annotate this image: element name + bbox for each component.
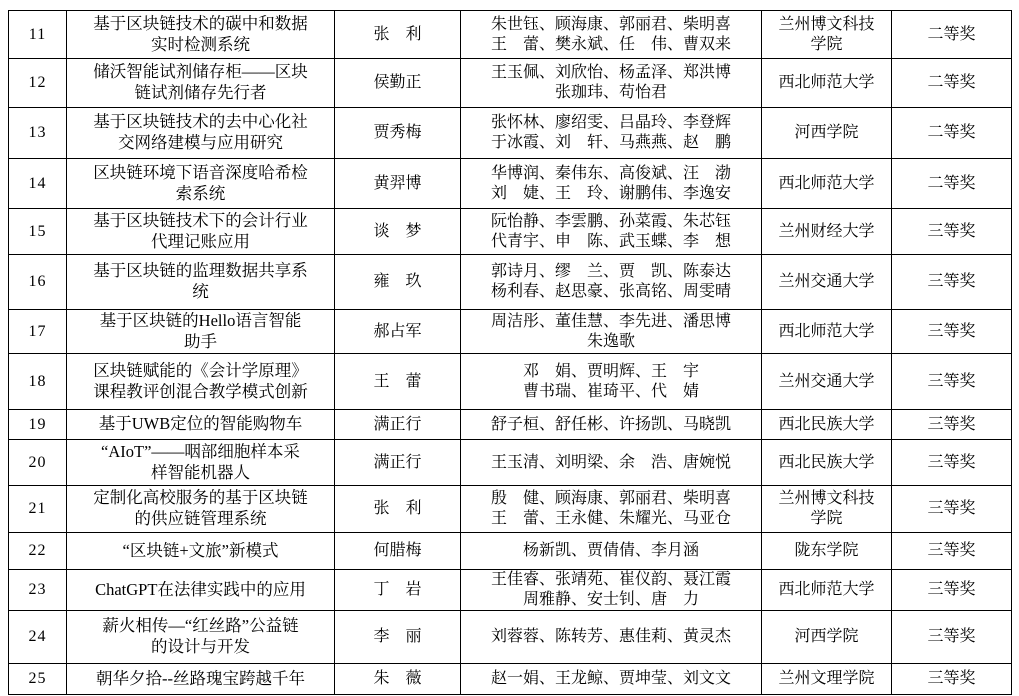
cell-leader-name: 朱 薇: [335, 664, 461, 695]
table-row: 19 基于UWB定位的智能购物车 满正行 舒子桓、舒任彬、许扬凯、马晓凯 西北民…: [9, 410, 1012, 440]
awards-table: 11 基于区块链技术的碳中和数据 实时检测系统 张 利 朱世钰、顾海康、郭丽君、…: [8, 10, 1012, 695]
cell-team-members: 杨新凯、贾倩倩、李月涵: [461, 533, 762, 570]
cell-award-level: 三等奖: [892, 570, 1012, 611]
cell-award-level: 三等奖: [892, 255, 1012, 310]
cell-serial-number: 25: [9, 664, 67, 695]
cell-award-level: 三等奖: [892, 533, 1012, 570]
cell-team-members: 王玉清、刘明梁、余 浩、唐婉悦: [461, 440, 762, 486]
cell-project-title: 定制化高校服务的基于区块链 的供应链管理系统: [67, 486, 335, 533]
cell-leader-name: 侯勤正: [335, 59, 461, 108]
cell-award-level: 三等奖: [892, 611, 1012, 664]
cell-team-members: 华博润、秦伟东、高俊斌、汪 渤 刘 婕、王 玲、谢鹏伟、李逸安: [461, 159, 762, 209]
cell-serial-number: 16: [9, 255, 67, 310]
cell-serial-number: 20: [9, 440, 67, 486]
cell-award-level: 三等奖: [892, 410, 1012, 440]
cell-institution: 兰州博文科技 学院: [762, 486, 892, 533]
cell-serial-number: 21: [9, 486, 67, 533]
cell-team-members: 舒子桓、舒任彬、许扬凯、马晓凯: [461, 410, 762, 440]
cell-project-title: 朝华夕拾--丝路瑰宝跨越千年: [67, 664, 335, 695]
cell-institution: 兰州文理学院: [762, 664, 892, 695]
cell-institution: 陇东学院: [762, 533, 892, 570]
table-row: 18 区块链赋能的《会计学原理》 课程教评创混合教学模式创新 王 蕾 邓 娟、贾…: [9, 354, 1012, 410]
cell-institution: 兰州博文科技 学院: [762, 11, 892, 59]
cell-serial-number: 12: [9, 59, 67, 108]
cell-project-title: 区块链环境下语音深度哈希检 索系统: [67, 159, 335, 209]
cell-leader-name: 谈 梦: [335, 209, 461, 255]
cell-award-level: 二等奖: [892, 59, 1012, 108]
cell-team-members: 刘蓉蓉、陈转芳、惠佳莉、黄灵杰: [461, 611, 762, 664]
table-row: 14 区块链环境下语音深度哈希检 索系统 黄羿博 华博润、秦伟东、高俊斌、汪 渤…: [9, 159, 1012, 209]
cell-award-level: 三等奖: [892, 486, 1012, 533]
cell-serial-number: 19: [9, 410, 67, 440]
cell-leader-name: 郝占军: [335, 310, 461, 354]
cell-leader-name: 张 利: [335, 11, 461, 59]
cell-team-members: 王佳睿、张靖苑、崔仪韵、聂江霞 周雅静、安士钊、唐 力: [461, 570, 762, 611]
table-row: 11 基于区块链技术的碳中和数据 实时检测系统 张 利 朱世钰、顾海康、郭丽君、…: [9, 11, 1012, 59]
cell-award-level: 二等奖: [892, 108, 1012, 159]
cell-serial-number: 14: [9, 159, 67, 209]
table-row: 25 朝华夕拾--丝路瑰宝跨越千年 朱 薇 赵一娟、王龙鲸、贾坤莹、刘文文 兰州…: [9, 664, 1012, 695]
cell-team-members: 邓 娟、贾明辉、王 宇 曹书瑞、崔琦平、代 婧: [461, 354, 762, 410]
cell-institution: 兰州交通大学: [762, 255, 892, 310]
cell-institution: 西北师范大学: [762, 59, 892, 108]
cell-project-title: 基于UWB定位的智能购物车: [67, 410, 335, 440]
cell-leader-name: 满正行: [335, 410, 461, 440]
cell-award-level: 二等奖: [892, 11, 1012, 59]
cell-serial-number: 13: [9, 108, 67, 159]
cell-team-members: 阮怡静、李雲鹏、孙菜霞、朱芯钰 代青宇、申 陈、武玉蝶、李 想: [461, 209, 762, 255]
cell-project-title: 区块链赋能的《会计学原理》 课程教评创混合教学模式创新: [67, 354, 335, 410]
cell-leader-name: 张 利: [335, 486, 461, 533]
cell-project-title: 储沃智能试剂储存柜——区块 链试剂储存先行者: [67, 59, 335, 108]
cell-project-title: 基于区块链的Hello语言智能 助手: [67, 310, 335, 354]
cell-leader-name: 雍 玖: [335, 255, 461, 310]
cell-leader-name: 王 蕾: [335, 354, 461, 410]
table-row: 24 薪火相传—“红丝路”公益链 的设计与开发 李 丽 刘蓉蓉、陈转芳、惠佳莉、…: [9, 611, 1012, 664]
cell-team-members: 殷 健、顾海康、郭丽君、柴明喜 王 蕾、王永健、朱耀光、马亚仓: [461, 486, 762, 533]
cell-leader-name: 贾秀梅: [335, 108, 461, 159]
cell-serial-number: 11: [9, 11, 67, 59]
cell-leader-name: 何腊梅: [335, 533, 461, 570]
cell-team-members: 赵一娟、王龙鲸、贾坤莹、刘文文: [461, 664, 762, 695]
cell-institution: 西北师范大学: [762, 310, 892, 354]
cell-institution: 河西学院: [762, 611, 892, 664]
table-row: 13 基于区块链技术的去中心化社 交网络建模与应用研究 贾秀梅 张怀林、廖绍雯、…: [9, 108, 1012, 159]
cell-team-members: 周洁彤、董佳慧、李先进、潘思博 朱逸歌: [461, 310, 762, 354]
table-row: 15 基于区块链技术下的会计行业 代理记账应用 谈 梦 阮怡静、李雲鹏、孙菜霞、…: [9, 209, 1012, 255]
cell-team-members: 张怀林、廖绍雯、吕晶玲、李登辉 于冰霞、刘 轩、马燕燕、赵 鹏: [461, 108, 762, 159]
table-row: 16 基于区块链的监理数据共享系 统 雍 玖 郭诗月、缪 兰、贾 凯、陈泰达 杨…: [9, 255, 1012, 310]
cell-team-members: 王玉佩、刘欣怡、杨孟泽、郑洪博 张珈玮、苟怡君: [461, 59, 762, 108]
cell-project-title: 基于区块链技术的碳中和数据 实时检测系统: [67, 11, 335, 59]
cell-serial-number: 15: [9, 209, 67, 255]
cell-leader-name: 满正行: [335, 440, 461, 486]
cell-project-title: 薪火相传—“红丝路”公益链 的设计与开发: [67, 611, 335, 664]
cell-leader-name: 丁 岩: [335, 570, 461, 611]
table-row: 23 ChatGPT在法律实践中的应用 丁 岩 王佳睿、张靖苑、崔仪韵、聂江霞 …: [9, 570, 1012, 611]
table-row: 22 “区块链+文旅”新模式 何腊梅 杨新凯、贾倩倩、李月涵 陇东学院 三等奖: [9, 533, 1012, 570]
document-page: 11 基于区块链技术的碳中和数据 实时检测系统 张 利 朱世钰、顾海康、郭丽君、…: [0, 0, 1019, 696]
cell-institution: 西北师范大学: [762, 570, 892, 611]
cell-serial-number: 18: [9, 354, 67, 410]
cell-leader-name: 黄羿博: [335, 159, 461, 209]
cell-team-members: 朱世钰、顾海康、郭丽君、柴明喜 王 蕾、樊永斌、任 伟、曹双来: [461, 11, 762, 59]
cell-project-title: ChatGPT在法律实践中的应用: [67, 570, 335, 611]
cell-award-level: 三等奖: [892, 354, 1012, 410]
cell-project-title: 基于区块链技术的去中心化社 交网络建模与应用研究: [67, 108, 335, 159]
cell-project-title: “AIoT”——咽部细胞样本采 样智能机器人: [67, 440, 335, 486]
table-row: 17 基于区块链的Hello语言智能 助手 郝占军 周洁彤、董佳慧、李先进、潘思…: [9, 310, 1012, 354]
cell-serial-number: 23: [9, 570, 67, 611]
cell-serial-number: 17: [9, 310, 67, 354]
cell-award-level: 三等奖: [892, 440, 1012, 486]
cell-award-level: 三等奖: [892, 209, 1012, 255]
cell-award-level: 三等奖: [892, 664, 1012, 695]
cell-project-title: 基于区块链的监理数据共享系 统: [67, 255, 335, 310]
cell-institution: 西北民族大学: [762, 440, 892, 486]
cell-award-level: 二等奖: [892, 159, 1012, 209]
table-row: 21 定制化高校服务的基于区块链 的供应链管理系统 张 利 殷 健、顾海康、郭丽…: [9, 486, 1012, 533]
cell-project-title: “区块链+文旅”新模式: [67, 533, 335, 570]
table-row: 12 储沃智能试剂储存柜——区块 链试剂储存先行者 侯勤正 王玉佩、刘欣怡、杨孟…: [9, 59, 1012, 108]
cell-leader-name: 李 丽: [335, 611, 461, 664]
cell-serial-number: 22: [9, 533, 67, 570]
cell-team-members: 郭诗月、缪 兰、贾 凯、陈泰达 杨利春、赵思豪、张高铭、周雯晴: [461, 255, 762, 310]
cell-serial-number: 24: [9, 611, 67, 664]
cell-institution: 西北师范大学: [762, 159, 892, 209]
cell-institution: 兰州交通大学: [762, 354, 892, 410]
cell-institution: 兰州财经大学: [762, 209, 892, 255]
cell-institution: 西北民族大学: [762, 410, 892, 440]
cell-institution: 河西学院: [762, 108, 892, 159]
table-row: 20 “AIoT”——咽部细胞样本采 样智能机器人 满正行 王玉清、刘明梁、余 …: [9, 440, 1012, 486]
cell-project-title: 基于区块链技术下的会计行业 代理记账应用: [67, 209, 335, 255]
cell-award-level: 三等奖: [892, 310, 1012, 354]
